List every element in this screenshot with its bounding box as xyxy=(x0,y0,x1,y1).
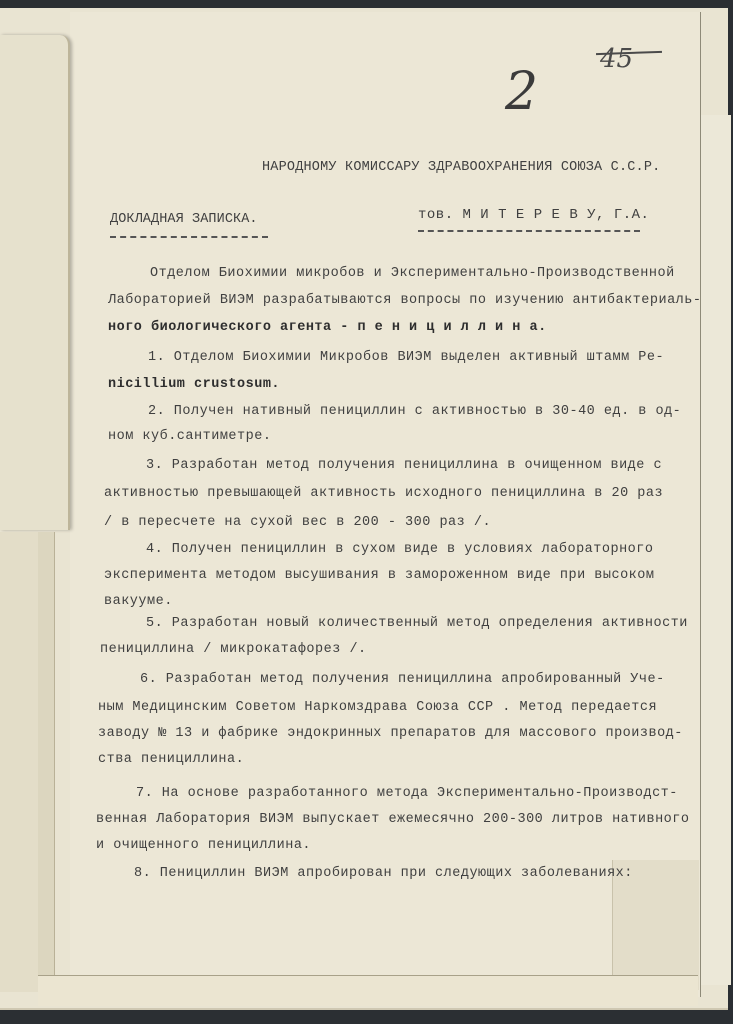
intro-line-1: Отделом Биохимии микробов и Эксперимента… xyxy=(150,266,675,281)
item-4-line-3: вакууме. xyxy=(104,594,173,609)
item-3-line-1: 3. Разработан метод получения пенициллин… xyxy=(146,458,662,473)
item-1-line-2: nicillium crustosum. xyxy=(108,377,280,392)
crossed-out-page-number: 45 xyxy=(600,44,633,74)
item-6-line-3: заводу № 13 и фабрике эндокринных препар… xyxy=(98,726,683,741)
document-title: ДОКЛАДНАЯ ЗАПИСКА. xyxy=(110,212,258,227)
item-4-line-1: 4. Получен пенициллин в сухом виде в усл… xyxy=(146,542,653,557)
item-3-line-3: / в пересчете на сухой вес в 200 - 300 р… xyxy=(104,515,491,530)
recipient-name: тов. М И Т Е Р Е В У, Г.А. xyxy=(418,207,649,223)
item-2-line-2: ном куб.сантиметре. xyxy=(108,429,271,444)
item-6-line-4: ства пенициллина. xyxy=(98,752,244,767)
left-lower-flap-edge xyxy=(38,532,55,992)
addressee-line: НАРОДНОМУ КОМИССАРУ ЗДРАВООХРАНЕНИЯ СОЮЗ… xyxy=(262,160,660,175)
bottom-folded-edge xyxy=(38,975,698,1006)
title-underline xyxy=(110,236,268,238)
item-8-line-1: 8. Пенициллин ВИЭМ апробирован при следу… xyxy=(134,866,633,881)
page-number-handwritten: 2 xyxy=(505,62,538,122)
item-7-line-2: венная Лаборатория ВИЭМ выпускает ежемес… xyxy=(96,812,690,827)
item-5-line-2: пенициллина / микрокатафорез /. xyxy=(100,642,367,657)
intro-line-3: ного биологического агента - п е н и ц и… xyxy=(108,320,547,335)
item-2-line-1: 2. Получен нативный пенициллин с активно… xyxy=(148,404,681,419)
item-4-line-2: эксперимента методом высушивания в замор… xyxy=(104,568,654,583)
item-7-line-1: 7. На основе разработанного метода Экспе… xyxy=(136,786,678,801)
item-1-line-1: 1. Отделом Биохимии Микробов ВИЭМ выделе… xyxy=(148,350,664,365)
recipient-underline xyxy=(418,230,640,232)
item-5-line-1: 5. Разработан новый количественный метод… xyxy=(146,616,688,631)
left-folded-flap xyxy=(0,35,70,530)
item-3-line-2: активностью превышающей активность исход… xyxy=(104,486,663,501)
intro-line-2: Лабораторией ВИЭМ разрабатываются вопрос… xyxy=(108,293,702,308)
item-6-line-2: ным Медицинским Советом Наркомздрава Сою… xyxy=(98,700,657,715)
item-7-line-3: и очищенного пенициллина. xyxy=(96,838,311,853)
left-lower-flap xyxy=(0,532,40,992)
item-6-line-1: 6. Разработан метод получения пенициллин… xyxy=(140,672,665,687)
